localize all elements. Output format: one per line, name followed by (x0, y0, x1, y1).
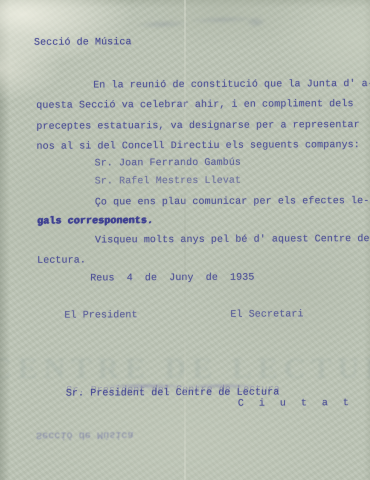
paragraph1-line1: En la reunió de constitució que la Junta… (93, 79, 370, 92)
paragraph2-line2-overstruck: gals corresponents. (37, 216, 153, 229)
date-line: Reus 4 de Juny de 1935 (90, 273, 254, 286)
typed-text-layer: Secció de Música En la reunió de constit… (0, 0, 370, 480)
signature-president: El President (64, 310, 137, 322)
signature-secretari: El Secretari (230, 309, 303, 321)
designee-1: Sr. Joan Ferrando Gambús (95, 158, 241, 171)
paragraph3-line2: Lectura. (37, 256, 86, 268)
paragraph1-line3: preceptes estatuaris, va designarse per … (36, 120, 359, 134)
paragraph1-line4: nos al si del Concell Directiu els segue… (36, 140, 359, 154)
designee-2: Sr. Rafel Mestres Llevat (95, 176, 241, 189)
section-heading: Secció de Música (34, 37, 132, 50)
addressee-city: C i u t a t (238, 398, 354, 411)
paragraph3-line1: Visqueu molts anys pel bé d' aquest Cent… (95, 234, 370, 247)
paragraph1-line2: questa Secció va celebrar ahir, i en com… (36, 99, 353, 113)
paragraph2-line1: Ço que ens plau comunicar per els efecte… (95, 196, 370, 209)
bleed-through-text: Secció de Música (36, 427, 134, 440)
scanned-letter: CENTRE DE LECTURA REUS Secció de Música … (0, 0, 370, 480)
